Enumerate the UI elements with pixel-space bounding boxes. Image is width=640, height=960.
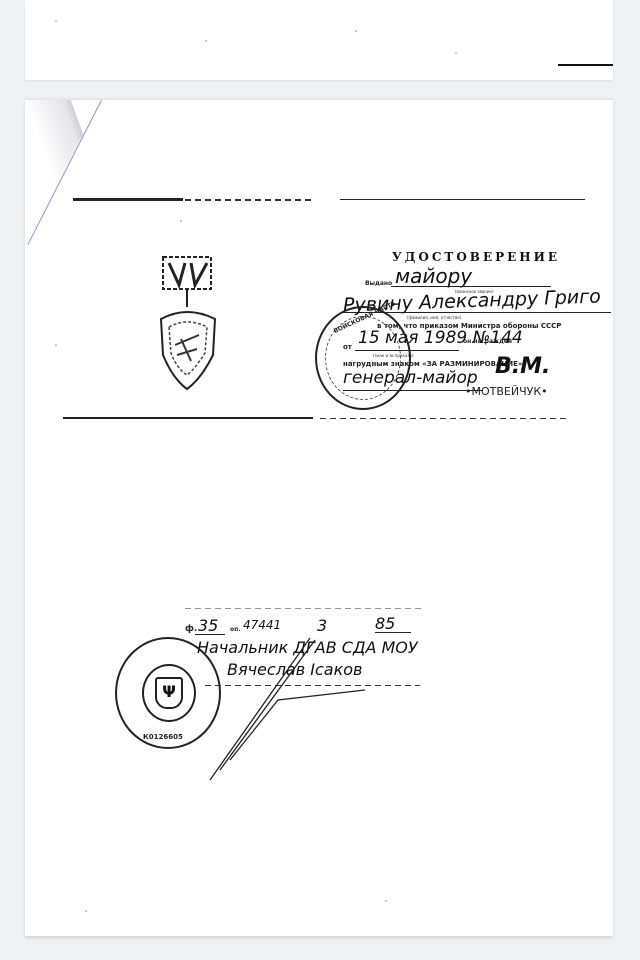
signature-1: B.M. xyxy=(495,354,550,379)
signatory-name: •МОТВЕЙЧУК• xyxy=(465,385,548,398)
bottom-rule-right xyxy=(320,418,570,419)
rank-underline xyxy=(391,286,551,287)
document-page-2: УДОСТОВЕРЕНИЕ Выдано майору (воинское зв… xyxy=(25,98,613,936)
scan-speck xyxy=(385,900,387,902)
top-rule-right xyxy=(340,199,585,200)
certificate-title: УДОСТОВЕРЕНИЕ xyxy=(392,250,560,264)
page1-rule-line xyxy=(558,64,613,66)
scan-speck xyxy=(85,910,87,912)
trident-emblem-icon: Ψ xyxy=(155,677,183,709)
scan-speck xyxy=(205,40,207,42)
military-unit-stamp: ВОЙСКОВАЯ ЧАСТЬ xyxy=(315,306,411,410)
scan-speck xyxy=(180,220,182,222)
scan-speck xyxy=(455,52,457,54)
top-rule-solid xyxy=(73,198,183,201)
archive-signature-strokes xyxy=(190,610,410,790)
archive-top-rule xyxy=(185,608,425,609)
name-caption: (фамилия, имя, отчество) xyxy=(407,315,461,320)
scan-speck xyxy=(55,344,57,346)
scan-speck xyxy=(55,20,57,22)
top-rule-dashed xyxy=(185,199,315,201)
awarded-text: он награжден xyxy=(463,338,512,345)
document-page-1 xyxy=(25,0,613,80)
stamp-code: К0126605 xyxy=(143,733,183,741)
ukraine-archive-stamp: Ψ К0126605 xyxy=(115,637,221,749)
bottom-rule-left xyxy=(63,417,313,419)
scan-speck xyxy=(355,30,357,32)
issued-label: Выдано xyxy=(365,280,392,287)
rank-handwritten: майору xyxy=(395,264,472,288)
medal-icon xyxy=(155,255,221,395)
